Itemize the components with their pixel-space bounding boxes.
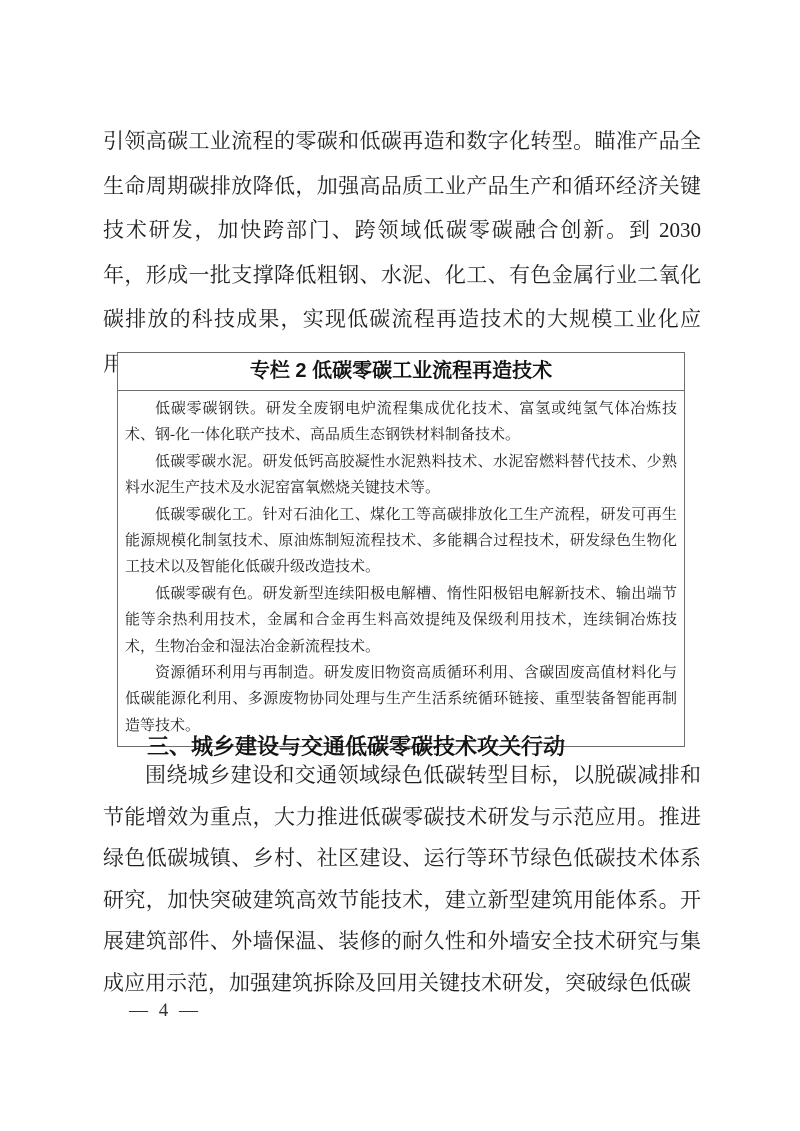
page-number: — 4 — [129,1000,201,1022]
callout-box-body: 低碳零碳钢铁。研发全废钢电炉流程集成优化技术、富氢或纯氢气体冶炼技术、钢-化一体… [118,391,684,746]
callout-box-title: 专栏 2 低碳零碳工业流程再造技术 [118,353,684,391]
box-paragraph-nonferrous: 低碳零碳有色。研发新型连续阳极电解槽、惰性阳极铝电解新技术、输出端节能等余热利用… [125,581,677,660]
box-paragraph-cement: 低碳零碳水泥。研发低钙高胶凝性水泥熟料技术、水泥窑燃料替代技术、少熟料水泥生产技… [125,449,677,502]
document-page: 引领高碳工业流程的零碳和低碳再造和数字化转型。瞄准产品全生命周期碳排放降低，加强… [0,0,800,1131]
body-paragraph-1: 引领高碳工业流程的零碳和低碳再造和数字化转型。瞄准产品全生命周期碳排放降低，加强… [103,119,701,386]
box-paragraph-steel: 低碳零碳钢铁。研发全废钢电炉流程集成优化技术、富氢或纯氢气体冶炼技术、钢-化一体… [125,396,677,449]
box-paragraph-chemical: 低碳零碳化工。针对石油化工、煤化工等高碳排放化工生产流程，研发可再生能源规模化制… [125,502,677,581]
callout-box-zhuanlan-2: 专栏 2 低碳零碳工业流程再造技术 低碳零碳钢铁。研发全废钢电炉流程集成优化技术… [117,352,685,747]
body-paragraph-2: 围绕城乡建设和交通领域绿色低碳转型目标，以脱碳减排和节能增效为重点，大力推进低碳… [103,755,701,1004]
